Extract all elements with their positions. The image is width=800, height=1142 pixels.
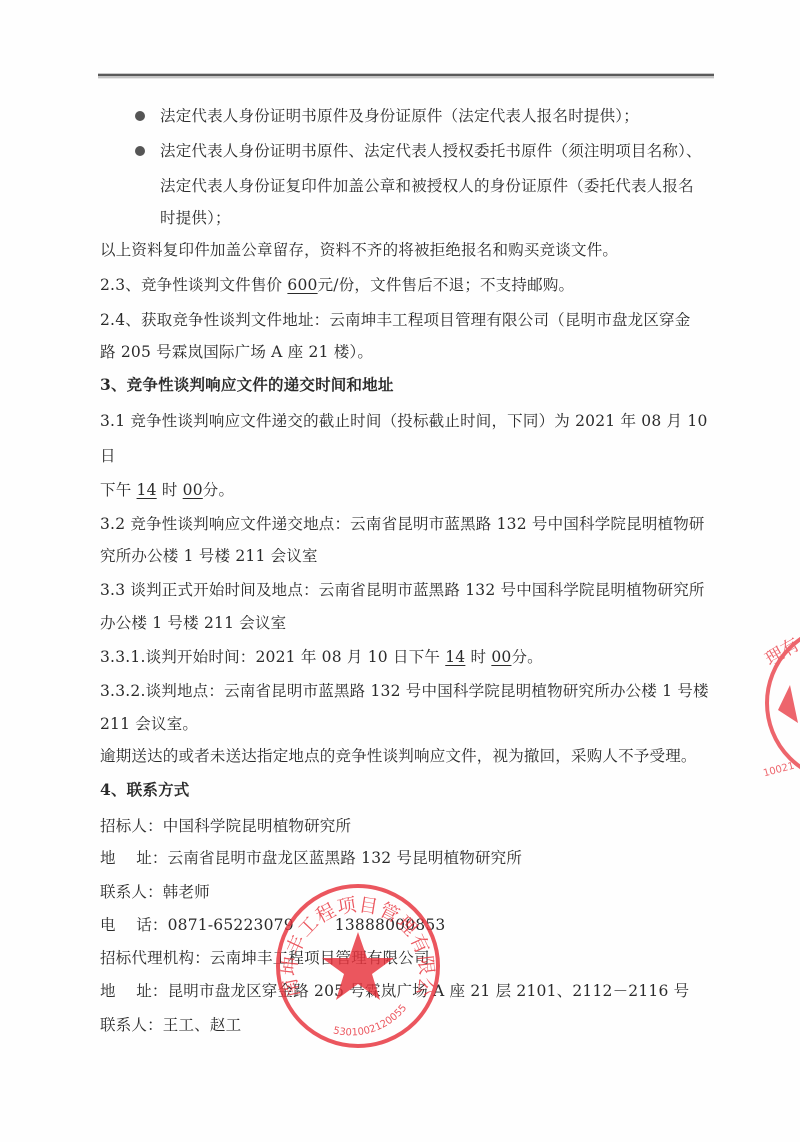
price-value: 600 xyxy=(287,276,317,294)
section-3-heading: 3、竞争性谈判响应文件的递交时间和地址 xyxy=(100,375,394,395)
price-suffix: 元/份，文件售后不退；不支持邮购。 xyxy=(318,276,575,294)
time-mid: 时 xyxy=(471,648,487,666)
section-2-4: 2.4、获取竞争性谈判文件地址：云南坤丰工程项目管理有限公司（昆明市盘龙区穿金 xyxy=(100,310,690,330)
section-3-1-time: 下午 14 时 00分。 xyxy=(100,480,234,500)
tenderer-address: 地 址：云南省昆明市盘龙区蓝黑路 132 号昆明植物研究所 xyxy=(100,848,522,868)
section-3-3-1: 3.3.1.谈判开始时间：2021 年 08 月 10 日下午 14 时 00分… xyxy=(100,647,543,667)
agency-address: 地 址：昆明市盘龙区穿金路 205 号霖岚广场 A 座 21 层 2101、21… xyxy=(100,981,689,1001)
section-3-3-2: 3.3.2.谈判地点：云南省昆明市蓝黑路 132 号中国科学院昆明植物研究所办公… xyxy=(100,681,709,701)
section-2-3: 2.3、竞争性谈判文件售价 600元/份，文件售后不退；不支持邮购。 xyxy=(100,275,574,295)
section-3-3: 3.3 谈判正式开始时间及地点：云南省昆明市蓝黑路 132 号中国科学院昆明植物… xyxy=(100,580,705,600)
time-mid: 时 xyxy=(162,481,178,499)
start-hour: 14 xyxy=(445,648,465,666)
header-rule xyxy=(98,73,714,79)
document-page: 法定代表人身份证明书原件及身份证原件（法定代表人报名时提供）； 法定代表人身份证… xyxy=(0,0,800,1142)
price-label: 2.3、竞争性谈判文件售价 xyxy=(100,276,282,294)
bullet-icon xyxy=(135,111,145,121)
bullet-item-2-cont: 时提供）； xyxy=(160,208,231,228)
time-suffix: 分。 xyxy=(511,648,542,666)
deadline-hour: 14 xyxy=(137,481,157,499)
note-copies: 以上资料复印件加盖公章留存，资料不齐的将被拒绝报名和购买竞谈文件。 xyxy=(100,240,618,260)
time-suffix: 分。 xyxy=(203,481,234,499)
section-3-1: 3.1 竞争性谈判响应文件递交的截止时间（投标截止时间，下同）为 2021 年 … xyxy=(100,411,708,431)
svg-text:10021: 10021 xyxy=(762,761,796,780)
bullet-item-1: 法定代表人身份证明书原件及身份证原件（法定代表人报名时提供）； xyxy=(160,106,639,126)
bullet-item-2: 法定代表人身份证明书原件、法定代表人授权委托书原件（须注明项目名称）、 xyxy=(160,141,702,161)
start-time-prefix: 3.3.1.谈判开始时间：2021 年 08 月 10 日下午 xyxy=(100,648,440,666)
tenderer: 招标人：中国科学院昆明植物研究所 xyxy=(100,816,351,836)
late-submission-note: 逾期送达的或者未送达指定地点的竞争性谈判响应文件，视为撤回，采购人不予受理。 xyxy=(100,746,697,766)
tenderer-phone: 电 话：0871-65223079 13888000853 xyxy=(100,915,445,935)
bullet-icon xyxy=(135,146,145,156)
section-3-1-cont: 日 xyxy=(100,446,116,466)
partial-seal-icon: 理有 10021 xyxy=(760,615,800,795)
section-3-3-2-cont: 211 会议室。 xyxy=(100,714,198,734)
deadline-minute: 00 xyxy=(183,481,203,499)
section-4-heading: 4、联系方式 xyxy=(100,780,190,800)
tenderer-contact: 联系人：韩老师 xyxy=(100,882,210,902)
time-prefix: 下午 xyxy=(100,481,131,499)
bullet-item-2-cont: 法定代表人身份证复印件加盖公章和被授权人的身份证原件（委托代表人报名 xyxy=(160,176,694,196)
section-2-4-cont: 路 205 号霖岚国际广场 A 座 21 楼）。 xyxy=(100,342,373,362)
svg-text:5301002120055: 5301002120055 xyxy=(332,1003,409,1039)
section-3-2-cont: 究所办公楼 1 号楼 211 会议室 xyxy=(100,546,318,566)
start-minute: 00 xyxy=(491,648,511,666)
section-3-3-cont: 办公楼 1 号楼 211 会议室 xyxy=(100,613,286,633)
agency: 招标代理机构：云南坤丰工程项目管理有限公司 xyxy=(100,948,430,968)
agency-contact: 联系人：王工、赵工 xyxy=(100,1015,241,1035)
section-3-2: 3.2 竞争性谈判响应文件递交地点：云南省昆明市蓝黑路 132 号中国科学院昆明… xyxy=(100,514,705,534)
svg-text:理有: 理有 xyxy=(762,634,800,670)
